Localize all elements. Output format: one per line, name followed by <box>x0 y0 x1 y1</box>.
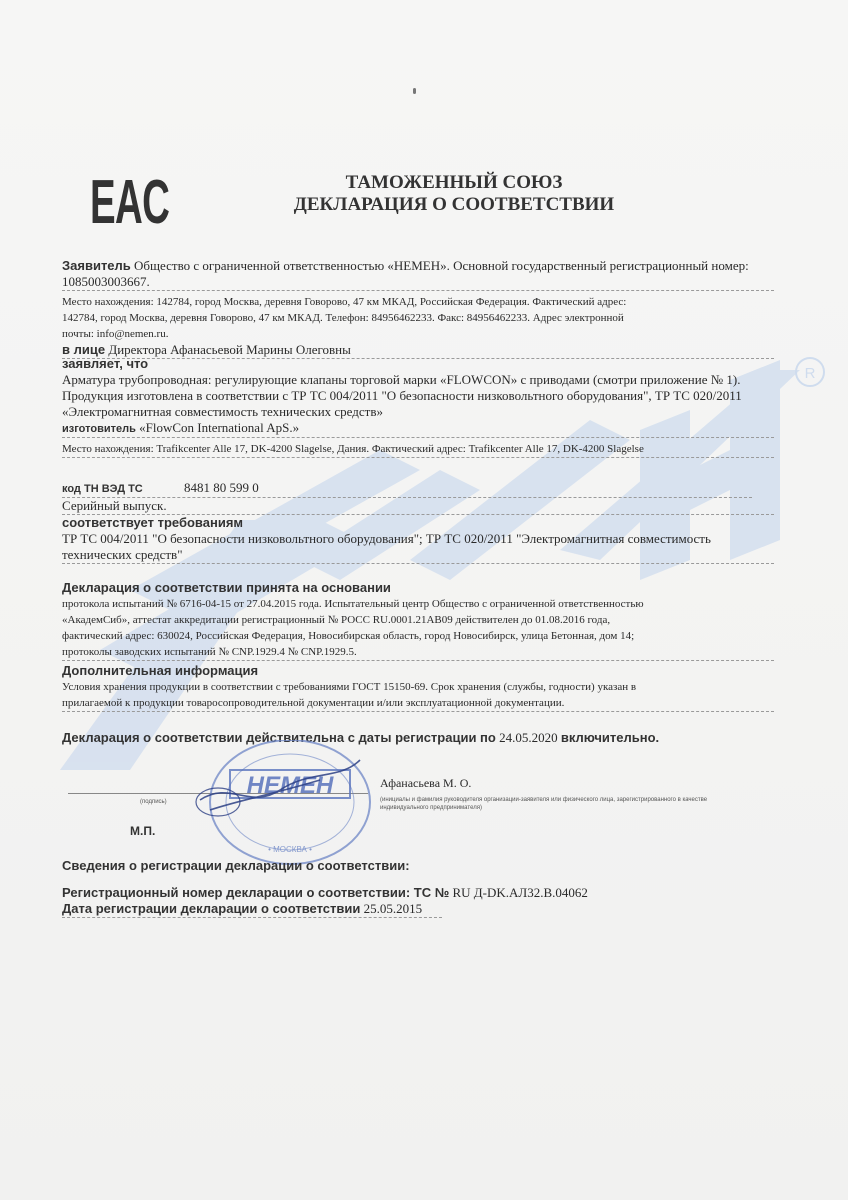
signatory-caption: (инициалы и фамилия руководителя организ… <box>380 796 750 812</box>
declares-label: заявляет, что <box>62 356 148 371</box>
registration-date: 25.05.2015 <box>364 901 423 916</box>
registration-heading: Сведения о регистрации декларации о соот… <box>62 858 410 873</box>
title-declaration: ДЕКЛАРАЦИЯ О СООТВЕТСТВИИ <box>30 194 848 216</box>
tn-ved-value: 8481 80 599 0 <box>184 480 259 495</box>
scan-speck <box>413 88 416 94</box>
tn-ved-label: код ТН ВЭД ТС <box>62 481 184 497</box>
registration-number-label: Регистрационный номер декларации о соотв… <box>62 885 449 900</box>
stamp-place-label: М.П. <box>130 824 155 838</box>
basis-line: протоколы заводских испытаний № CNP.1929… <box>62 646 357 658</box>
additional-line: Условия хранения продукции в соответстви… <box>62 681 636 693</box>
registration-number: RU Д-DK.АЛ32.В.04062 <box>452 885 587 900</box>
basis-label: Декларация о соответствии принята на осн… <box>62 580 391 595</box>
basis-section: Декларация о соответствии принята на осн… <box>62 580 782 712</box>
declares-section: заявляет, что Арматура трубопроводная: р… <box>62 356 782 458</box>
product-line: «Электромагнитная совместимость техничес… <box>62 404 383 419</box>
applicant-label: Заявитель <box>62 258 131 273</box>
applicant-ogrn: 1085003003667. <box>62 274 150 289</box>
validity-section: Декларация о соответствии действительна … <box>62 730 782 746</box>
basis-line: протокола испытаний № 6716-04-15 от 27.0… <box>62 598 644 610</box>
basis-line: «АкадемСиб», аттестат аккредитации регис… <box>62 614 610 626</box>
company-stamp: НЕМЕН • МОСКВА • <box>190 740 390 870</box>
additional-label: Дополнительная информация <box>62 663 258 678</box>
validity-date: 24.05.2020 <box>499 730 558 745</box>
codes-section: код ТН ВЭД ТС8481 80 599 0 Серийный выпу… <box>62 480 782 564</box>
manufacturer-label: изготовитель <box>62 423 136 435</box>
svg-text:• МОСКВА •: • МОСКВА • <box>268 845 312 854</box>
registration-section: Сведения о регистрации декларации о соот… <box>62 858 782 918</box>
product-line: Арматура трубопроводная: регулирующие кл… <box>62 372 740 387</box>
applicant-text: Общество с ограниченной ответственностью… <box>134 258 749 273</box>
applicant-address-line: Место нахождения: 142784, город Москва, … <box>62 296 626 308</box>
registered-mark-icon <box>796 358 824 386</box>
person-label: в лице <box>62 342 105 357</box>
signatory-name: Афанасьева М. О. <box>380 776 471 791</box>
manufacturer-name: «FlowCon International ApS.» <box>139 420 299 435</box>
validity-suffix: включительно. <box>561 730 659 745</box>
complies-line: технических средств" <box>62 547 183 562</box>
declaration-page: R EAC ТАМОЖЕННЫЙ СОЮЗ ДЕКЛАРАЦИЯ О СООТВ… <box>0 0 848 1200</box>
product-line: Продукция изготовлена в соответствии с Т… <box>62 388 742 403</box>
applicant-section: Заявитель Общество с ограниченной ответс… <box>62 258 782 359</box>
person-name: Директора Афанасьевой Марины Олеговны <box>108 342 351 357</box>
applicant-address-line: почты: info@nemen.ru. <box>62 328 168 340</box>
complies-label: соответствует требованиям <box>62 515 243 530</box>
manufacturer-address: Место нахождения: Trafikcenter Alle 17, … <box>62 443 644 455</box>
registration-date-label: Дата регистрации декларации о соответств… <box>62 901 360 916</box>
title-customs-union: ТАМОЖЕННЫЙ СОЮЗ <box>30 172 848 194</box>
signature-caption: (подпись) <box>140 798 167 806</box>
serial-text: Серийный выпуск. <box>62 498 167 513</box>
complies-line: ТР ТС 004/2011 "О безопасности низковоль… <box>62 531 711 546</box>
applicant-address-line: 142784, город Москва, деревня Говорово, … <box>62 312 624 324</box>
additional-line: прилагаемой к продукции товаросопроводит… <box>62 697 564 709</box>
svg-text:R: R <box>805 365 816 382</box>
basis-line: фактический адрес: 630024, Российская Фе… <box>62 630 634 642</box>
